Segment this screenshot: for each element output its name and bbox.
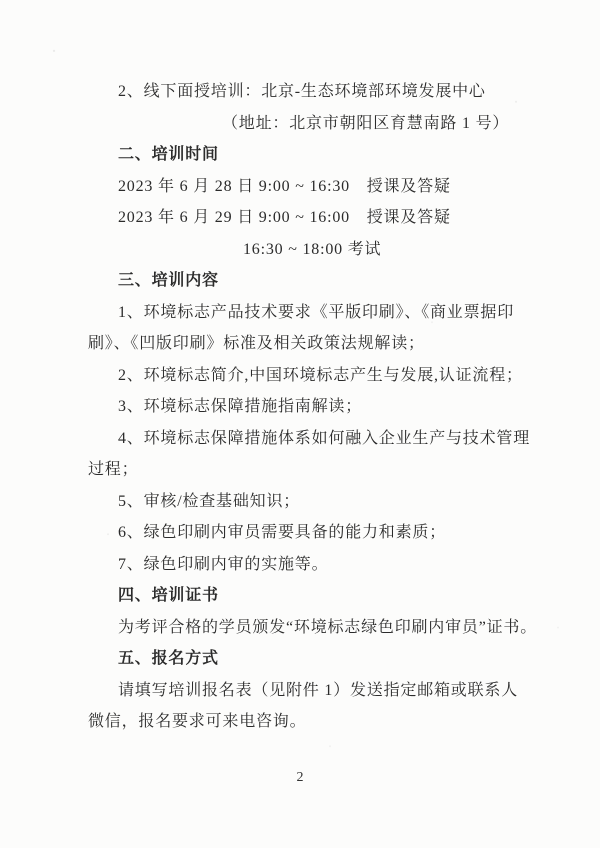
content-item-2: 2、环境标志简介,中国环境标志产生与发展,认证流程；	[88, 360, 512, 392]
content-item-6: 6、绿色印刷内审员需要具备的能力和素质；	[88, 517, 512, 549]
section-heading-certificate: 四、培训证书	[88, 580, 512, 612]
schedule-line-exam: 16:30 ~ 18:00 考试	[88, 234, 512, 266]
scanned-document-page: 2、线下面授培训：北京-生态环境部环境发展中心 （地址：北京市朝阳区育慧南路 1…	[0, 0, 600, 848]
schedule-line-day1: 2023 年 6 月 28 日 9:00 ~ 16:30 授课及答疑	[88, 171, 512, 203]
content-item-7: 7、绿色印刷内审的实施等。	[88, 549, 512, 581]
section-heading-training-content: 三、培训内容	[88, 265, 512, 297]
content-item-4-line-2: 过程；	[88, 454, 512, 486]
content-item-1-line-2: 刷》、《凹版印刷》标准及相关政策法规解读；	[88, 328, 512, 360]
registration-line-2: 微信，报名要求可来电咨询。	[88, 706, 512, 738]
schedule-line-day2: 2023 年 6 月 29 日 9:00 ~ 16:00 授课及答疑	[88, 202, 512, 234]
content-item-5: 5、审核/检查基础知识；	[88, 486, 512, 518]
venue-address: （地址：北京市朝阳区育慧南路 1 号）	[88, 108, 512, 140]
registration-line-1: 请填写培训报名表（见附件 1）发送指定邮箱或联系人	[88, 675, 512, 707]
content-item-1-line-1: 1、环境标志产品技术要求《平版印刷》、《商业票据印	[88, 297, 512, 329]
venue-line: 2、线下面授培训：北京-生态环境部环境发展中心	[88, 76, 512, 108]
section-heading-training-time: 二、培训时间	[88, 139, 512, 171]
content-item-3: 3、环境标志保障措施指南解读；	[88, 391, 512, 423]
section-heading-registration: 五、报名方式	[88, 643, 512, 675]
page-number: 2	[0, 770, 600, 786]
certificate-line: 为考评合格的学员颁发“环境标志绿色印刷内审员”证书。	[88, 612, 512, 644]
content-item-4-line-1: 4、环境标志保障措施体系如何融入企业生产与技术管理	[88, 423, 512, 455]
document-body: 2、线下面授培训：北京-生态环境部环境发展中心 （地址：北京市朝阳区育慧南路 1…	[88, 76, 512, 738]
